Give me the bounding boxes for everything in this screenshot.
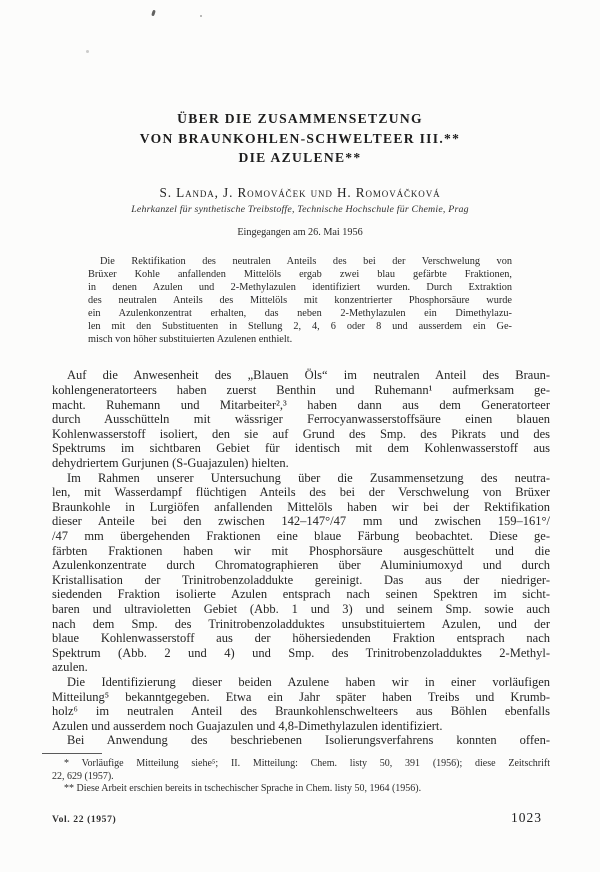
title-line-2: VON BRAUNKOHLEN-SCHWELTEER III.** [0, 129, 600, 149]
text-line: Spektrum (Abb. 2 und 4) und Smp. des Tri… [52, 646, 550, 661]
text-line: Azulenkonzentrate durch Chromatographier… [52, 558, 550, 573]
title-line-3: DIE AZULENE** [0, 148, 600, 168]
text-line: Braunkohle in Lurgiöfen anfallenden Mitt… [52, 500, 550, 515]
text-line: Bei Anwendung des beschriebenen Isolieru… [52, 733, 550, 748]
text-line: durch Ausschütteln mit wässriger Ferrocy… [52, 412, 550, 427]
text-line: * Vorläufige Mitteilung siehe⁵; II. Mitt… [52, 758, 550, 771]
scan-artifact [200, 15, 202, 17]
paragraph-3: Die Identifizierung dieser beiden Azulen… [52, 675, 550, 733]
scan-artifact [86, 50, 89, 53]
text-line: blaue Kohlenwasserstoff aus der höhersie… [52, 631, 550, 646]
text-line: dieser Anteile bei den zwischen 142–147°… [52, 514, 550, 529]
text-line: Azulen und ausserdem noch Guajazulen und… [52, 719, 550, 734]
page-footer: Vol. 22 (1957) 1023 [52, 810, 542, 826]
affiliation: Lehrkanzel für synthetische Treibstoffe,… [0, 204, 600, 215]
text-line: azulen. [52, 660, 550, 675]
text-line: Mitteilung⁵ bekanntgegeben. Etwa ein Jah… [52, 690, 550, 705]
text-line: Spektrums im sichtbaren Gebiet für ident… [52, 441, 550, 456]
text-line: Brüxer Kohle anfallenden Mittelöls ergab… [88, 268, 512, 281]
text-line: ** Diese Arbeit erschien bereits in tsch… [52, 783, 550, 796]
authors: S. Landa, J. Romováček und H. Romováčkov… [0, 185, 600, 201]
text-line: baren und ultravioletten Gebiet (Abb. 1 … [52, 602, 550, 617]
text-line: len mit den Substituenten in Stellung 2,… [88, 320, 512, 333]
text-line: Im Rahmen unserer Untersuchung über die … [52, 471, 550, 486]
text-line: Auf die Anwesenheit des „Blauen Öls“ im … [52, 368, 550, 383]
text-line: nach dem Smp. des Trinitrobenzoladduktes… [52, 617, 550, 632]
paragraph-4: Bei Anwendung des beschriebenen Isolieru… [52, 733, 550, 748]
paragraph-1: Auf die Anwesenheit des „Blauen Öls“ im … [52, 368, 550, 470]
text-line: dehydriertem Gurjunen (S-Guajazulen) hie… [52, 456, 550, 471]
text-line: des neutralen Anteils des Mittelöls mit … [88, 294, 512, 307]
text-line: ein Azulenkonzentrat erhalten, das neben… [88, 307, 512, 320]
volume-info: Vol. 22 (1957) [52, 814, 116, 825]
title-line-1: ÜBER DIE ZUSAMMENSETZUNG [0, 109, 600, 129]
text-line: kohlengeneratorteers haben zuerst Benthi… [52, 383, 550, 398]
abstract: Die Rektifikation des neutralen Anteils … [88, 255, 512, 347]
article-header: ÜBER DIE ZUSAMMENSETZUNG VON BRAUNKOHLEN… [0, 0, 600, 238]
footnote-star: * Vorläufige Mitteilung siehe⁵; II. Mitt… [52, 758, 550, 783]
article-title: ÜBER DIE ZUSAMMENSETZUNG VON BRAUNKOHLEN… [0, 0, 600, 168]
paragraph-2: Im Rahmen unserer Untersuchung über die … [52, 471, 550, 675]
text-line: /47 mm übergehenden Fraktionen eine blau… [52, 529, 550, 544]
text-line: Die Identifizierung dieser beiden Azulen… [52, 675, 550, 690]
text-line: 22, 629 (1957). [52, 771, 550, 784]
text-line: macht. Ruhemann und Mitarbeiter²,³ haben… [52, 398, 550, 413]
text-line: siedenden Fraktion isolierte Azulen ents… [52, 587, 550, 602]
scanned-paper-page: ÜBER DIE ZUSAMMENSETZUNG VON BRAUNKOHLEN… [0, 0, 600, 872]
text-line: misch von höher substituierten Azulenen … [88, 333, 512, 346]
text-line: len, mit Wasserdampf flüchtigen Anteils … [52, 485, 550, 500]
text-line: holz⁶ im neutralen Anteil des Braunkohle… [52, 704, 550, 719]
text-line: Kohlenwasserstoff isoliert, den sie auf … [52, 427, 550, 442]
footnotes: * Vorläufige Mitteilung siehe⁵; II. Mitt… [52, 758, 550, 796]
text-line: in denen Azulen und 2-Methylazulen ident… [88, 281, 512, 294]
text-line: Kristallisation der Trinitrobenzoladdukt… [52, 573, 550, 588]
page-number: 1023 [511, 810, 542, 826]
article-body: Auf die Anwesenheit des „Blauen Öls“ im … [52, 368, 550, 747]
text-line: färbten Fraktionen haben wir mit Phospho… [52, 544, 550, 559]
received-date: Eingegangen am 26. Mai 1956 [0, 227, 600, 238]
footnote-double-star: ** Diese Arbeit erschien bereits in tsch… [52, 783, 550, 796]
footnote-separator [42, 753, 102, 754]
text-line: Die Rektifikation des neutralen Anteils … [88, 255, 512, 268]
